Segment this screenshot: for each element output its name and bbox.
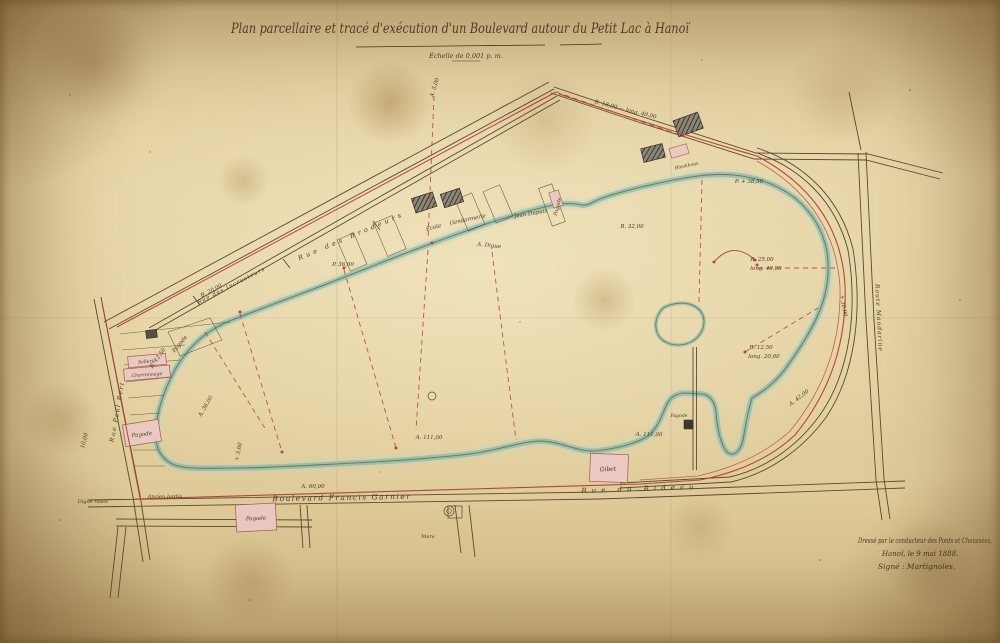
red-annotation-6: R. 25,00 bbox=[749, 257, 774, 263]
place-mare: Mare bbox=[420, 534, 434, 540]
building-hatched-ne-2 bbox=[641, 144, 666, 163]
building-ecole bbox=[411, 192, 437, 213]
place-gibet: Gibet bbox=[599, 466, 616, 474]
red-annotation-13: A. 111,00 bbox=[635, 432, 663, 438]
road-northeast bbox=[554, 87, 943, 173]
place-pagode-ilot: Pagode bbox=[670, 413, 688, 419]
red-annotation-16: A. 36,00 bbox=[197, 395, 215, 419]
red-survey-dashes bbox=[205, 92, 838, 452]
signature-line-3: Signé : Martignoles. bbox=[878, 562, 955, 571]
lake-island bbox=[656, 303, 704, 345]
place-ecole-nord: École bbox=[424, 221, 443, 233]
red-annotation-0: A. 5,00 bbox=[429, 77, 441, 99]
red-annotation-3: B. 32,00 bbox=[619, 224, 644, 230]
red-annotation-15: + 3,60 bbox=[234, 442, 244, 462]
red-annotation-2: P. + 38,50 bbox=[734, 179, 764, 185]
building-pagode-islet bbox=[684, 420, 693, 429]
map-scale-note: Échelle de 0,001 p. m. bbox=[428, 51, 503, 60]
street-rue-nw-1: Rue des Incrusteurs bbox=[196, 266, 267, 306]
red-annotation-18: 10,00 bbox=[80, 432, 90, 449]
map-canvas: Plan parcellaire et tracé d'exécution d'… bbox=[0, 0, 1000, 643]
mare-circle-inner bbox=[447, 509, 452, 514]
signature-line-2: Hanoï, le 9 mai 1888. bbox=[881, 550, 958, 558]
roads bbox=[88, 82, 943, 598]
red-annotation-5: P. 36,00 bbox=[331, 262, 354, 268]
building-dark-west bbox=[146, 329, 158, 338]
causeway bbox=[693, 347, 697, 470]
place-blockhaus: Blockhaus bbox=[673, 160, 699, 171]
building-blockhaus bbox=[669, 144, 689, 159]
building-gendarmerie bbox=[440, 188, 463, 207]
labels-red: A. 5,00 B. 18,00 — long. 40,00 P. + 38,5… bbox=[80, 77, 848, 490]
well-circle bbox=[428, 392, 436, 400]
parcels bbox=[120, 184, 565, 466]
place-ancien-jardin: Ancien Jardin bbox=[147, 494, 182, 500]
red-annotation-14: A. 60,00 bbox=[300, 484, 325, 490]
red-annotation-11: A. 42,00 bbox=[788, 388, 811, 408]
mare-circle-outer bbox=[444, 506, 454, 516]
signature-line-1: Dressé par le conducteur des Ponts et Ch… bbox=[857, 537, 992, 545]
street-boulevard-sud: Boulevard Francis Garnier bbox=[271, 492, 411, 503]
map-title: Plan parcellaire et tracé d'exécution d'… bbox=[230, 21, 690, 37]
red-curve-arc bbox=[714, 250, 755, 262]
red-annotation-10: long. 20,00 bbox=[748, 354, 780, 360]
place-digue-rasee: Digue rasée bbox=[77, 498, 108, 505]
building-hatched-ne-1 bbox=[673, 112, 703, 137]
red-annotation-4: A. Digue bbox=[476, 242, 502, 251]
place-pagode-sud: Pagode bbox=[245, 516, 267, 523]
map-document: Plan parcellaire et tracé d'exécution d'… bbox=[0, 0, 1000, 643]
red-annotation-9: B. 12,50 bbox=[748, 345, 773, 351]
red-station-dots bbox=[239, 242, 759, 454]
red-annotation-7: long. 40,00 bbox=[750, 266, 782, 272]
red-annotation-12: A. 111,00 bbox=[415, 435, 443, 441]
lake-petit-lac bbox=[156, 174, 828, 468]
